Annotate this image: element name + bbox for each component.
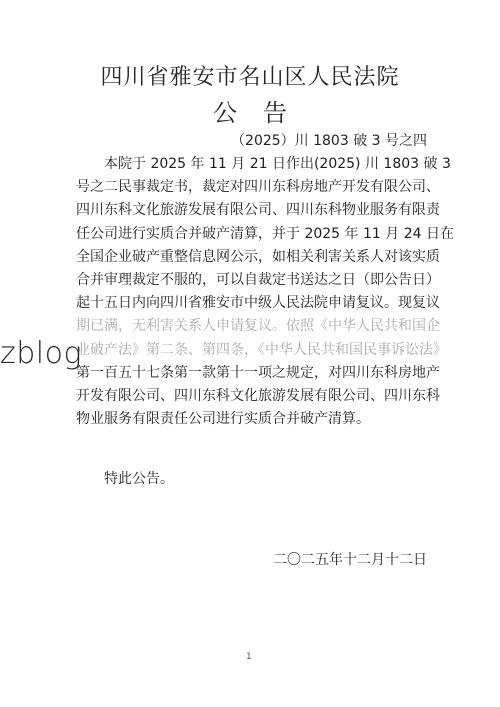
watermark-logo: zblog [0,336,82,371]
body-line: 号之二民事裁定书，裁定对四川东科房地产开发有限公司、 [76,176,428,199]
court-name: 四川省雅安市名山区人民法院 [0,60,500,91]
body-line: 合并审理裁定不服的，可以自裁定书送达之日（即公告日） [76,269,428,292]
body-line: 开发有限公司、四川东科文化旅游发展有限公司、四川东科 [76,385,428,408]
body-line: 起十五日内向四川省雅安市中级人民法院申请复议。现复议 [76,292,428,315]
body-line: 第一百五十七条第一款第十一项之规定，对四川东科房地产 [76,362,428,385]
body-line: 业破产法》第二条、第四条，《中华人民共和国民事诉讼法》 [76,339,428,362]
issue-date: 二〇二五年十二月十二日 [273,549,427,569]
closing-remark: 特此公告。 [104,468,174,488]
document-title: 公告 [0,93,500,128]
body-line: 全国企业破产重整信息网公示，如相关利害关系人对该实质 [76,246,428,269]
body-line: 任公司进行实质合并破产清算，并于 2025 年 11 月 24 日在 [76,223,428,246]
case-number: （2025）川 1803 破 3 号之四 [231,130,427,150]
announcement-body: 本院于 2025 年 11 月 21 日作出(2025) 川 1803 破 3 … [76,153,428,431]
body-line: 物业服务有限责任公司进行实质合并破产清算。 [76,408,428,431]
page-number: 1 [246,652,252,662]
body-line: 期已满，无利害关系人申请复议。依照《中华人民共和国企 [76,315,428,338]
body-line: 本院于 2025 年 11 月 21 日作出(2025) 川 1803 破 3 [76,153,428,176]
body-line: 四川东科文化旅游发展有限公司、四川东科物业服务有限责 [76,199,428,222]
